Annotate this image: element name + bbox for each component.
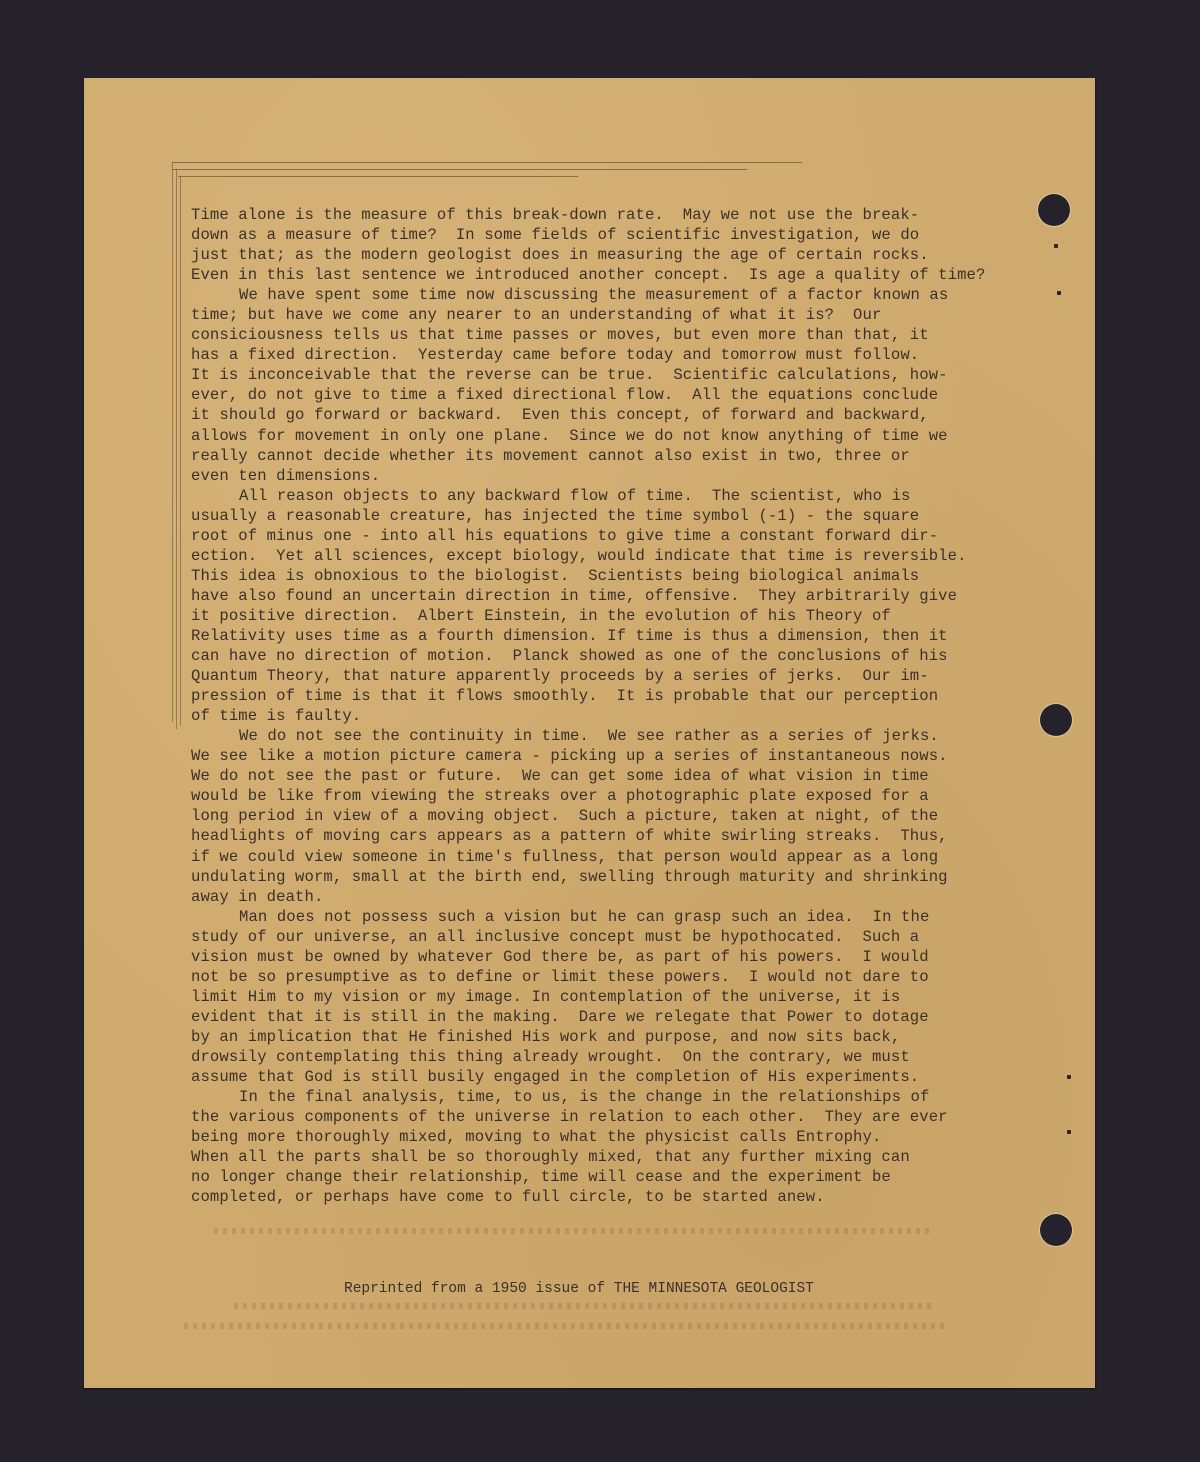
text-line: undulating worm, small at the birth end,… (191, 867, 1021, 887)
text-line: being more thoroughly mixed, moving to w… (191, 1127, 1021, 1147)
frame-rule-top-2 (172, 169, 747, 170)
bleed-through-mark (234, 1303, 934, 1309)
text-line: We see like a motion picture camera - pi… (191, 746, 1021, 766)
text-line: All reason objects to any backward flow … (191, 486, 1021, 506)
text-line: assume that God is still busily engaged … (191, 1067, 1021, 1087)
punch-hole-bottom (1040, 1214, 1072, 1246)
text-line: usually a reasonable creature, has injec… (191, 506, 1021, 526)
text-line: headlights of moving cars appears as a p… (191, 826, 1021, 846)
text-line: of time is faulty. (191, 706, 1021, 726)
text-line: This idea is obnoxious to the biologist.… (191, 566, 1021, 586)
text-line: even ten dimensions. (191, 466, 1021, 486)
text-line: it positive direction. Albert Einstein, … (191, 606, 1021, 626)
text-line: really cannot decide whether its movemen… (191, 446, 1021, 466)
frame-rule-left-1 (172, 162, 173, 722)
frame-rule-top-3 (178, 176, 578, 177)
text-line: by an implication that He finished His w… (191, 1027, 1021, 1047)
text-line: consiciousness tells us that time passes… (191, 325, 1021, 345)
text-line: ection. Yet all sciences, except biology… (191, 546, 1021, 566)
text-line: can have no direction of motion. Planck … (191, 646, 1021, 666)
text-line: In the final analysis, time, to us, is t… (191, 1087, 1021, 1107)
paragraph: In the final analysis, time, to us, is t… (191, 1087, 1021, 1207)
credit-line: Reprinted from a 1950 issue of THE MINNE… (344, 1281, 814, 1297)
paragraph: We do not see the continuity in time. We… (191, 726, 1021, 906)
text-line: not be so presumptive as to define or li… (191, 967, 1021, 987)
text-line: have also found an uncertain direction i… (191, 586, 1021, 606)
typewritten-page: Time alone is the measure of this break-… (84, 78, 1095, 1388)
text-line: ever, do not give to time a fixed direct… (191, 385, 1021, 405)
essay-body: Time alone is the measure of this break-… (191, 205, 1021, 1207)
paragraph: We have spent some time now discussing t… (191, 285, 1021, 485)
frame-rule-left-2 (176, 169, 177, 729)
ink-speck (1054, 244, 1058, 248)
text-line: Quantum Theory, that nature apparently p… (191, 666, 1021, 686)
text-line: long period in view of a moving object. … (191, 806, 1021, 826)
text-line: the various components of the universe i… (191, 1107, 1021, 1127)
text-line: just that; as the modern geologist does … (191, 245, 1021, 265)
text-line: would be like from viewing the streaks o… (191, 786, 1021, 806)
text-line: it should go forward or backward. Even t… (191, 405, 1021, 425)
paragraph: Time alone is the measure of this break-… (191, 205, 1021, 285)
text-line: if we could view someone in time's fulln… (191, 847, 1021, 867)
text-line: away in death. (191, 887, 1021, 907)
text-line: time; but have we come any nearer to an … (191, 305, 1021, 325)
text-line: has a fixed direction. Yesterday came be… (191, 345, 1021, 365)
frame-rule-top-1 (172, 162, 802, 163)
text-line: pression of time is that it flows smooth… (191, 686, 1021, 706)
text-line: drowsily contemplating this thing alread… (191, 1047, 1021, 1067)
text-line: limit Him to my vision or my image. In c… (191, 987, 1021, 1007)
text-line: Even in this last sentence we introduced… (191, 265, 1021, 285)
frame-rule-left-3 (180, 176, 181, 726)
text-line: down as a measure of time? In some field… (191, 225, 1021, 245)
text-line: We have spent some time now discussing t… (191, 285, 1021, 305)
ink-speck (1057, 291, 1061, 295)
text-line: It is inconceivable that the reverse can… (191, 365, 1021, 385)
bleed-through-mark (214, 1228, 934, 1234)
text-line: study of our universe, an all inclusive … (191, 927, 1021, 947)
text-line: root of minus one - into all his equatio… (191, 526, 1021, 546)
bleed-through-mark (184, 1323, 944, 1329)
text-line: Relativity uses time as a fourth dimensi… (191, 626, 1021, 646)
text-line: vision must be owned by whatever God the… (191, 947, 1021, 967)
ink-speck (1067, 1075, 1071, 1079)
text-line: Man does not possess such a vision but h… (191, 907, 1021, 927)
punch-hole-top (1038, 194, 1070, 226)
text-line: evident that it is still in the making. … (191, 1007, 1021, 1027)
punch-hole-middle (1040, 704, 1072, 736)
text-line: We do not see the past or future. We can… (191, 766, 1021, 786)
text-line: allows for movement in only one plane. S… (191, 426, 1021, 446)
text-line: We do not see the continuity in time. We… (191, 726, 1021, 746)
paragraph: Man does not possess such a vision but h… (191, 907, 1021, 1087)
text-line: completed, or perhaps have come to full … (191, 1187, 1021, 1207)
text-line: When all the parts shall be so thoroughl… (191, 1147, 1021, 1167)
text-line: Time alone is the measure of this break-… (191, 205, 1021, 225)
text-line: no longer change their relationship, tim… (191, 1167, 1021, 1187)
ink-speck (1067, 1130, 1071, 1134)
paragraph: All reason objects to any backward flow … (191, 486, 1021, 727)
